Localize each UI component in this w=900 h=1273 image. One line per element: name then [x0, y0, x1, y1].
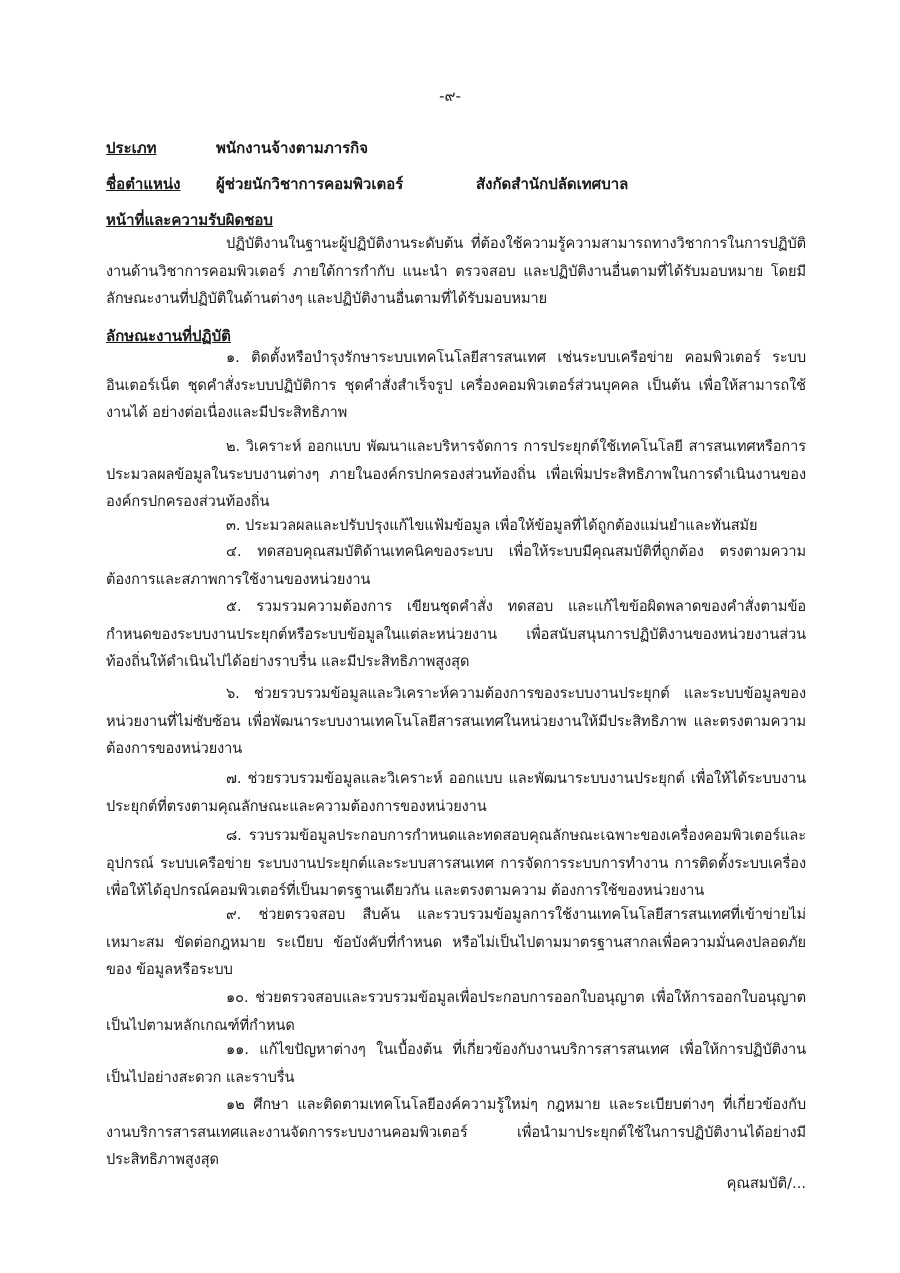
position-label: ชื่อตำแหน่ง	[106, 175, 181, 193]
affiliation: สังกัดสำนักปลัดเทศบาล	[476, 174, 628, 194]
type-row: ประเภท พนักงานจ้างตามภารกิจ	[106, 138, 157, 158]
tasks-heading: ลักษณะงานที่ปฏิบัติ	[106, 326, 231, 346]
task-item: ๖. ช่วยรวบรวมข้อมูลและวิเคราะห์ความต้องก…	[106, 680, 806, 763]
task-item: ๓. ประมวลผลและปรับปรุงแก้ไขแฟ้มข้อมูล เพ…	[106, 512, 806, 540]
task-item: ๑๑. แก้ไขปัญหาต่างๆ ในเบื้องต้น ที่เกี่ย…	[106, 1036, 806, 1091]
task-item: ๘. รวบรวมข้อมูลประกอบการกำหนดและทดสอบคุณ…	[106, 822, 806, 905]
task-item: ๒. วิเคราะห์ ออกแบบ พัฒนาและบริหารจัดการ…	[106, 433, 806, 516]
task-item: ๑. ติดตั้งหรือบำรุงรักษาระบบเทคโนโลยีสาร…	[106, 344, 806, 427]
task-item: ๑๒ ศึกษา และติดตามเทคโนโลยีองค์ความรู้ให…	[106, 1091, 806, 1174]
duties-text: ปฏิบัติงานในฐานะผู้ปฏิบัติงานระดับต้น ที…	[106, 230, 806, 313]
duties-heading: หน้าที่และความรับผิดชอบ	[106, 210, 273, 230]
task-item: ๑๐. ช่วยตรวจสอบและรวบรวมข้อมูลเพื่อประกอ…	[106, 984, 806, 1039]
task-item: ๔. ทดสอบคุณสมบัติด้านเทคนิคของระบบ เพื่อ…	[106, 538, 806, 593]
page-number: -๙-	[0, 84, 900, 108]
task-item: ๙. ช่วยตรวจสอบ สืบค้น และรวบรวมข้อมูลการ…	[106, 901, 806, 984]
type-label: ประเภท	[106, 139, 157, 157]
type-value: พนักงานจ้างตามภารกิจ	[216, 138, 368, 158]
position-row: ชื่อตำแหน่ง ผู้ช่วยนักวิชาการคอมพิวเตอร์…	[106, 174, 806, 194]
task-item: ๕. รวมรวมความต้องการ เขียนชุดคำสั่ง ทดสอ…	[106, 593, 806, 676]
continuation-note: คุณสมบัติ/...	[727, 1172, 806, 1195]
position-value: ผู้ช่วยนักวิชาการคอมพิวเตอร์	[216, 174, 403, 194]
task-item: ๗. ช่วยรวบรวมข้อมูลและวิเคราะห์ ออกแบบ แ…	[106, 765, 806, 820]
